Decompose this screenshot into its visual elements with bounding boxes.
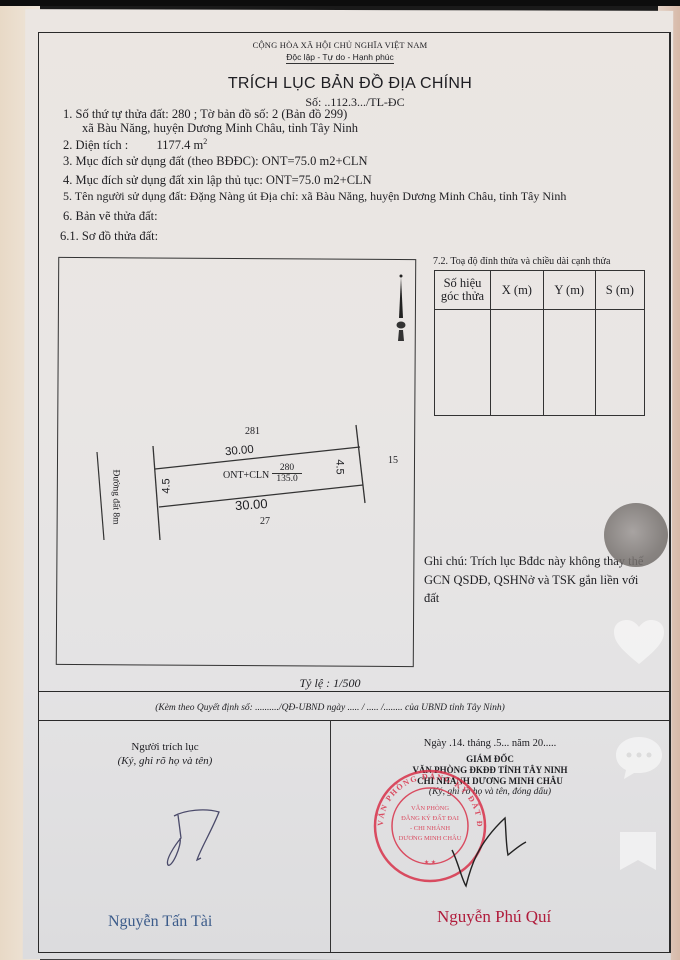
official-stamp: VĂN PHÒNG ĐĂNG KÝ ĐẤT ĐAI TỈNH TÂY NINH … xyxy=(0,0,485,881)
left-signature xyxy=(167,810,219,865)
svg-text:VĂN PHÒNG: VĂN PHÒNG xyxy=(411,804,449,812)
signatures-layer: VĂN PHÒNG ĐĂNG KÝ ĐẤT ĐAI TỈNH TÂY NINH … xyxy=(0,0,680,960)
svg-text:VĂN PHÒNG ĐĂNG KÝ ĐẤT ĐAI TỈNH: VĂN PHÒNG ĐĂNG KÝ ĐẤT ĐAI TỈNH TÂY NINH xyxy=(0,0,484,828)
svg-text:★ ★: ★ ★ xyxy=(424,859,436,866)
svg-text:- CHI NHÁNH: - CHI NHÁNH xyxy=(410,824,450,832)
svg-text:DƯƠNG MINH CHÂU: DƯƠNG MINH CHÂU xyxy=(399,834,462,842)
stamp-ring-text: VĂN PHÒNG ĐĂNG KÝ ĐẤT ĐAI TỈNH TÂY NINH xyxy=(0,0,484,828)
comment-icon[interactable] xyxy=(614,735,664,781)
extractor-name: Nguyễn Tấn Tài xyxy=(108,913,212,931)
heart-icon[interactable] xyxy=(612,618,666,668)
right-signature xyxy=(452,818,526,886)
director-name: Nguyễn Phú Quí xyxy=(437,907,551,927)
bookmark-icon[interactable] xyxy=(618,830,658,872)
avatar-icon[interactable] xyxy=(604,503,668,567)
svg-text:ĐĂNG KÝ ĐẤT ĐAI: ĐĂNG KÝ ĐẤT ĐAI xyxy=(401,814,459,822)
